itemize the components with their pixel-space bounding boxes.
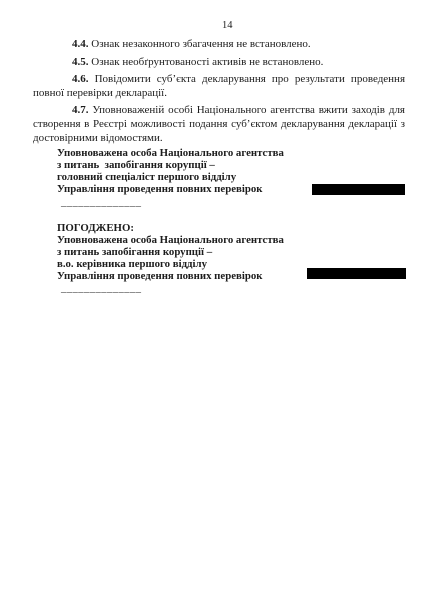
document-page: 14 4.4. Ознак незаконного збагачення не … (0, 0, 424, 600)
approval-line: в.о. керівника першого відділу (57, 258, 284, 270)
redaction-box (312, 184, 405, 195)
paragraph-number: 4.4. (72, 38, 89, 50)
paragraph-number: 4.7. (72, 104, 89, 116)
paragraph-text: Уповноваженій особі Національного агентс… (33, 104, 405, 143)
approval-line: Управління проведення повних перевірок (57, 270, 284, 282)
approval-line: Уповноважена особа Національного агентст… (57, 234, 284, 246)
signatory-line: з питань запобігання корупції – (57, 159, 284, 171)
body-text: 4.4. Ознак незаконного збагачення не вст… (33, 38, 405, 149)
signatory-line: Уповноважена особа Національного агентст… (57, 147, 284, 159)
signatory-block: Уповноважена особа Національного агентст… (57, 147, 284, 195)
approval-block: ПОГОДЖЕНО: Уповноважена особа Національн… (57, 222, 284, 282)
approval-heading: ПОГОДЖЕНО: (57, 222, 284, 234)
paragraph-number: 4.5. (72, 56, 89, 68)
signature-underscore-line: ______________ (61, 197, 142, 209)
paragraph-text: Ознак незаконного збагачення не встановл… (91, 38, 310, 50)
paragraph-4-7: 4.7. Уповноваженій особі Національного а… (33, 104, 405, 145)
signatory-line: Управління проведення повних перевірок (57, 183, 284, 195)
paragraph-text: Ознак необґрунтованості активів не встан… (91, 56, 323, 68)
paragraph-text: Повідомити суб’єкта декларування про рез… (33, 73, 405, 99)
signatory-line: головний спеціаліст першого відділу (57, 171, 284, 183)
signature-underscore-line: ______________ (61, 283, 142, 295)
redaction-box (307, 268, 406, 279)
approval-line: з питань запобігання корупції – (57, 246, 284, 258)
page-number: 14 (222, 20, 233, 31)
paragraph-4-5: 4.5. Ознак необґрунтованості активів не … (33, 56, 405, 70)
paragraph-4-4: 4.4. Ознак незаконного збагачення не вст… (33, 38, 405, 52)
paragraph-4-6: 4.6. Повідомити суб’єкта декларування пр… (33, 73, 405, 100)
paragraph-number: 4.6. (72, 73, 89, 85)
